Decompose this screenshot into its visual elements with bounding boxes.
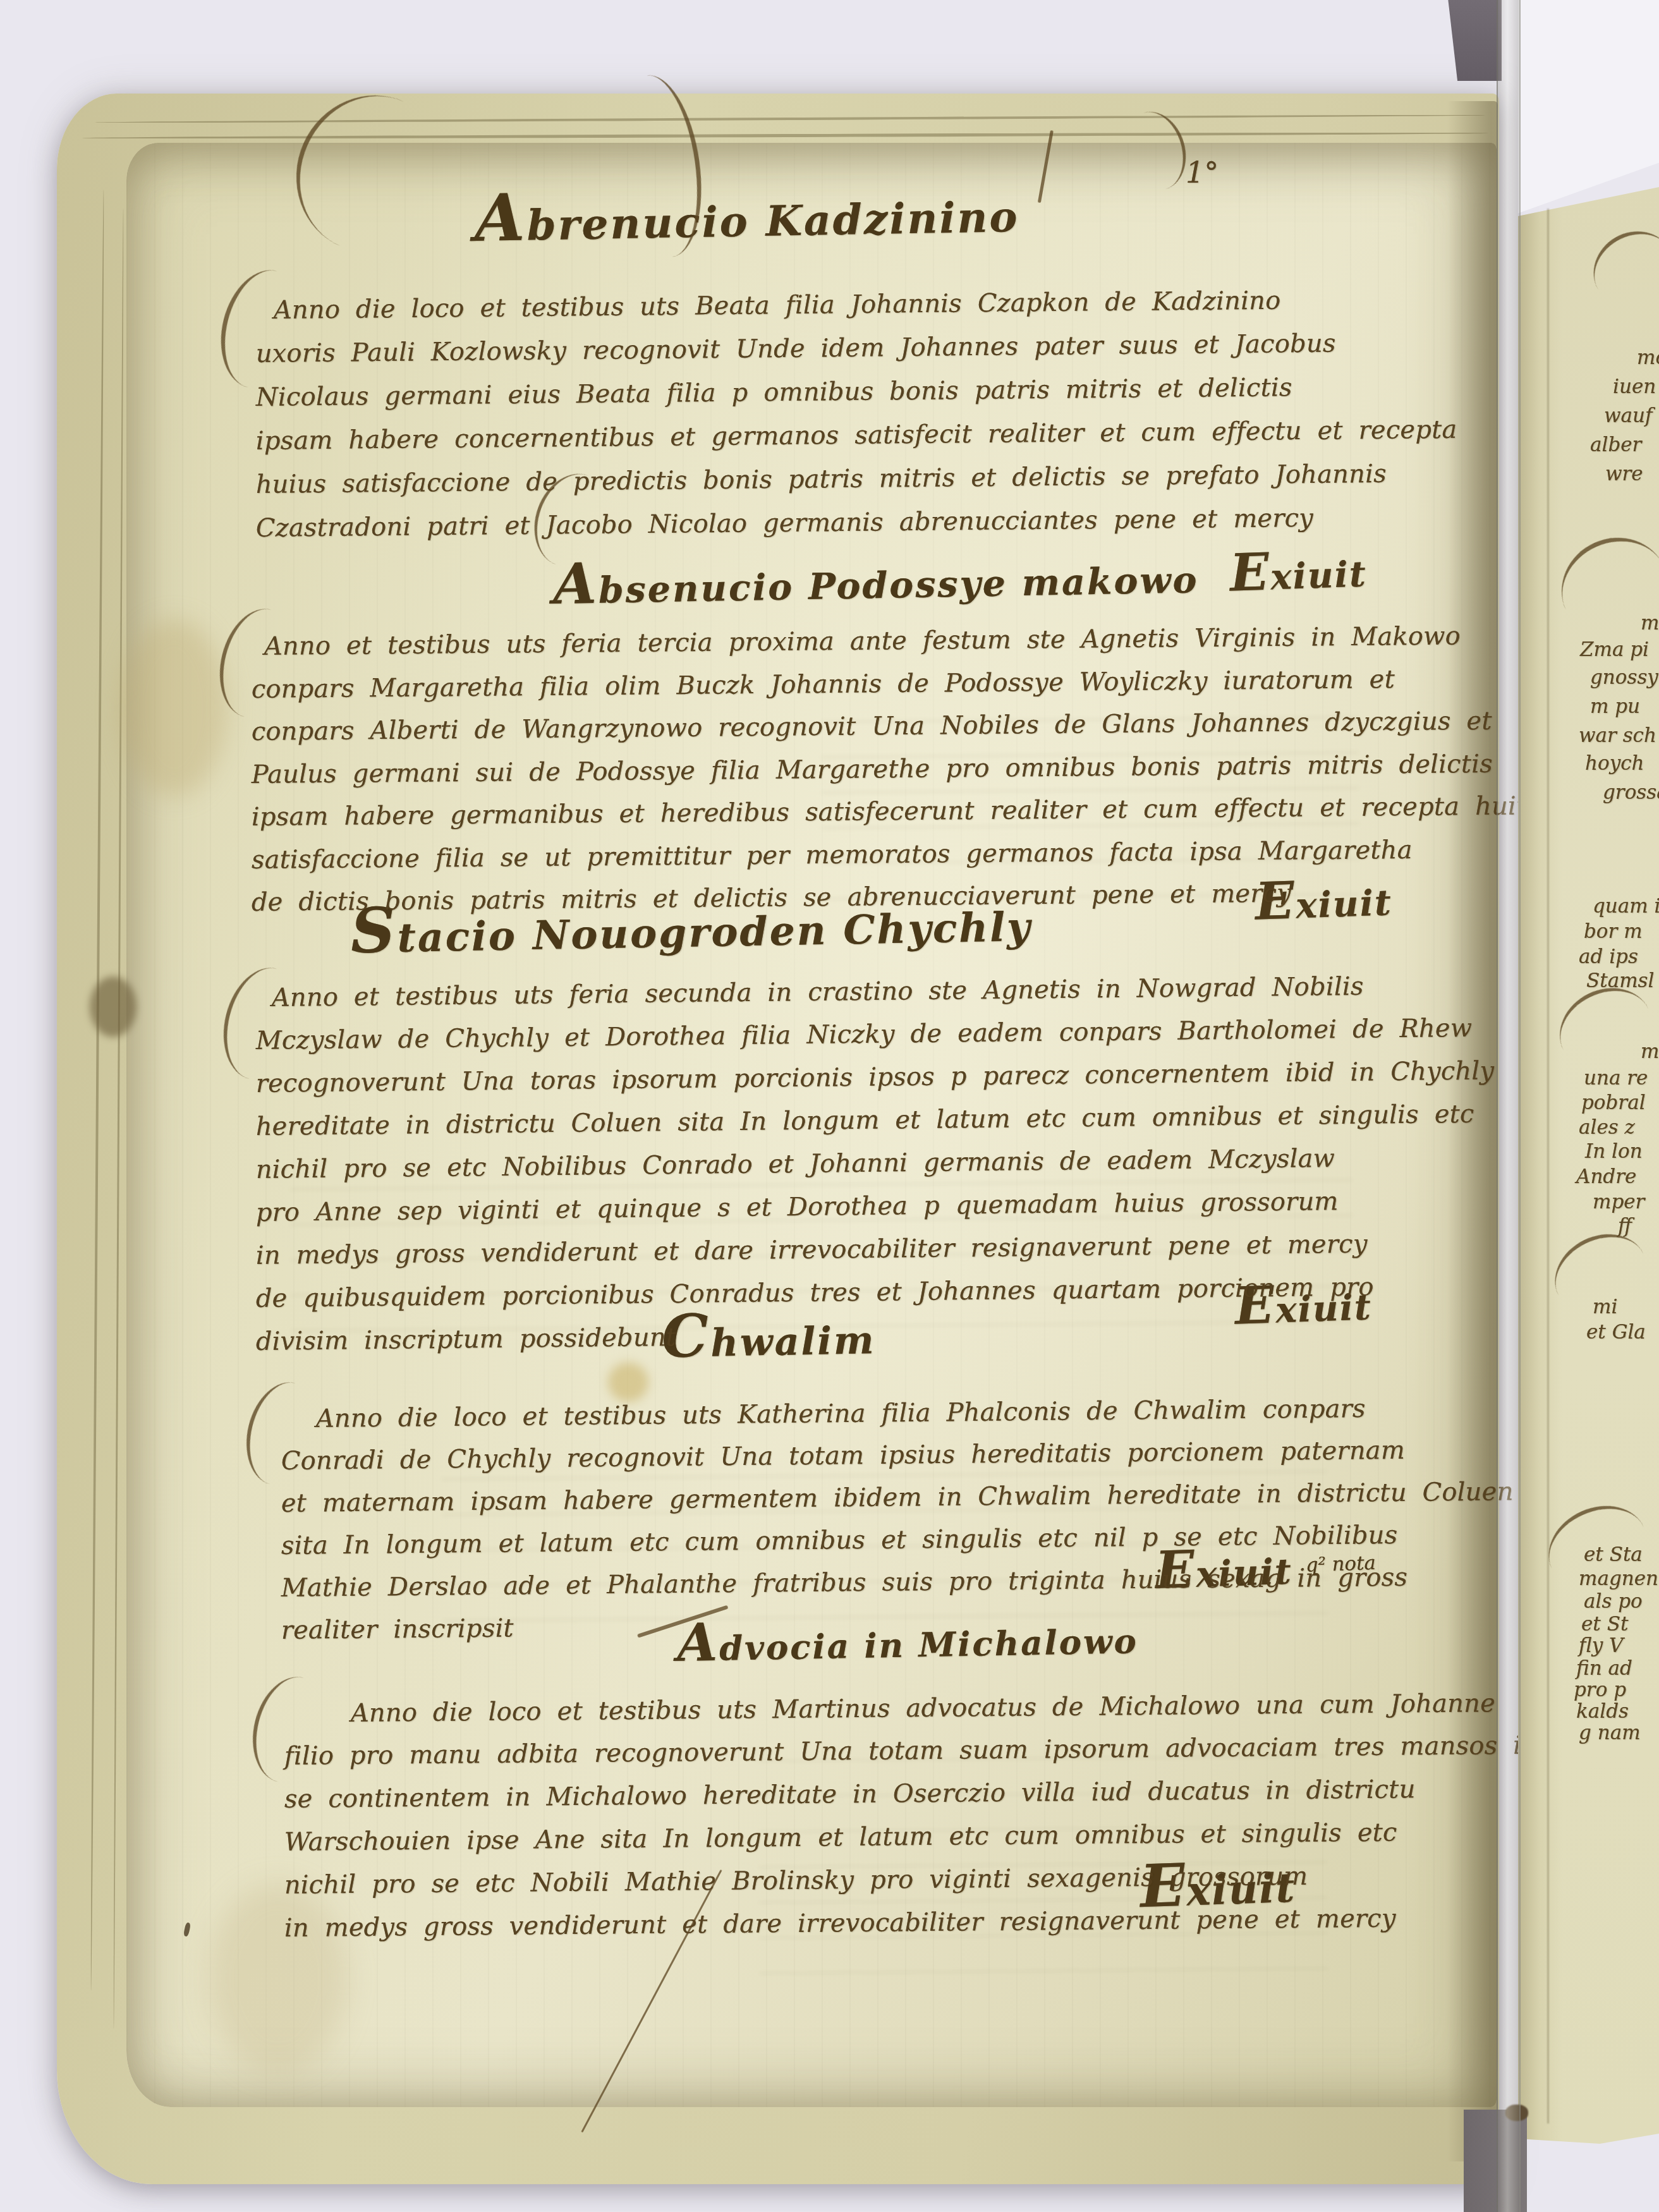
section-heading: Advocia in Michalowo	[676, 1605, 1138, 1674]
facing-page-fragment: magnen	[1579, 1567, 1658, 1590]
page-crease	[1547, 209, 1549, 2124]
facing-page-fragment: m pu	[1590, 695, 1640, 718]
facing-page-fragment: et St	[1581, 1613, 1628, 1636]
facing-page-fragment: alber	[1590, 434, 1641, 456]
facing-page-fragment: gnossye	[1590, 666, 1659, 689]
facing-page: moiuenwaufalberwremuZma pignossyem puwar…	[1518, 187, 1659, 2144]
facing-page-fragment: fly V	[1579, 1634, 1623, 1657]
facing-page-fragment: war sch	[1579, 724, 1656, 747]
facing-page-fragment: als po	[1584, 1590, 1643, 1613]
section-heading: Chwalim	[661, 1298, 876, 1371]
facing-page-fragment: wre	[1605, 463, 1643, 485]
white-interleaf-sheet	[1518, 0, 1659, 220]
facing-page-fragment: pro p	[1574, 1679, 1626, 1701]
facing-page-fragment: mper	[1593, 1191, 1644, 1213]
facing-page-fragment: iuen	[1613, 375, 1656, 398]
book-strap-top	[1443, 0, 1502, 81]
facing-page-fragment: mo	[1637, 346, 1659, 369]
facing-page-fragment: una re	[1584, 1067, 1648, 1090]
folio-number: 1°	[1186, 155, 1218, 190]
facing-page-fragment: wauf	[1604, 404, 1652, 427]
facing-page-fragment: Stamsl	[1586, 969, 1654, 992]
manuscript-scan: 1° Abrenucio Kadzinino Absenucio Podossy…	[0, 0, 1659, 2212]
facing-page-fragment: g nam	[1579, 1722, 1641, 1744]
facing-page-fragment: quam i	[1593, 895, 1659, 918]
section-heading: Abrenucio Kadzinino	[474, 171, 1019, 257]
exiuit-label: Exiuit	[1229, 553, 1368, 600]
facing-page-fragment: Zma pi	[1580, 638, 1649, 661]
facing-page-fragment: ad ips	[1579, 945, 1638, 968]
facing-page-fragment: mo	[1641, 1040, 1659, 1063]
section-heading: Absenucio Podossye makowo	[552, 540, 1199, 617]
facing-page-fragment: et Gla	[1586, 1321, 1646, 1344]
facing-page-fragment: In lon	[1585, 1140, 1643, 1163]
facing-page-fragment: ales z	[1579, 1116, 1635, 1139]
facing-page-fragment: hoych	[1585, 752, 1644, 775]
facing-page-fragment: mu	[1641, 612, 1659, 635]
facing-page-fragment: ff	[1618, 1215, 1632, 1237]
facing-page-fragment: Andre	[1576, 1165, 1636, 1188]
facing-page-fragment: kalds	[1576, 1700, 1629, 1723]
exiuit-mark: Exiuit	[1229, 538, 1368, 603]
glass-page-holder	[1497, 0, 1521, 2212]
facing-page-fragment: mi	[1593, 1296, 1617, 1318]
facing-page-fragment: grossar	[1603, 781, 1659, 804]
facing-page-fragment: bor m	[1584, 920, 1643, 943]
facing-page-text-layer: moiuenwaufalberwremuZma pignossyem puwar…	[1518, 187, 1659, 2144]
facing-page-fragment: fin ad	[1576, 1657, 1632, 1680]
facing-page-fragment: pobral	[1581, 1091, 1646, 1114]
gutter-shadow	[1447, 101, 1498, 2161]
manuscript-line: divisim inscriptum possidebunt	[256, 1323, 677, 1356]
manuscript-line: realiter inscripsit	[281, 1613, 514, 1645]
facing-page-fragment: et Sta	[1584, 1543, 1643, 1566]
